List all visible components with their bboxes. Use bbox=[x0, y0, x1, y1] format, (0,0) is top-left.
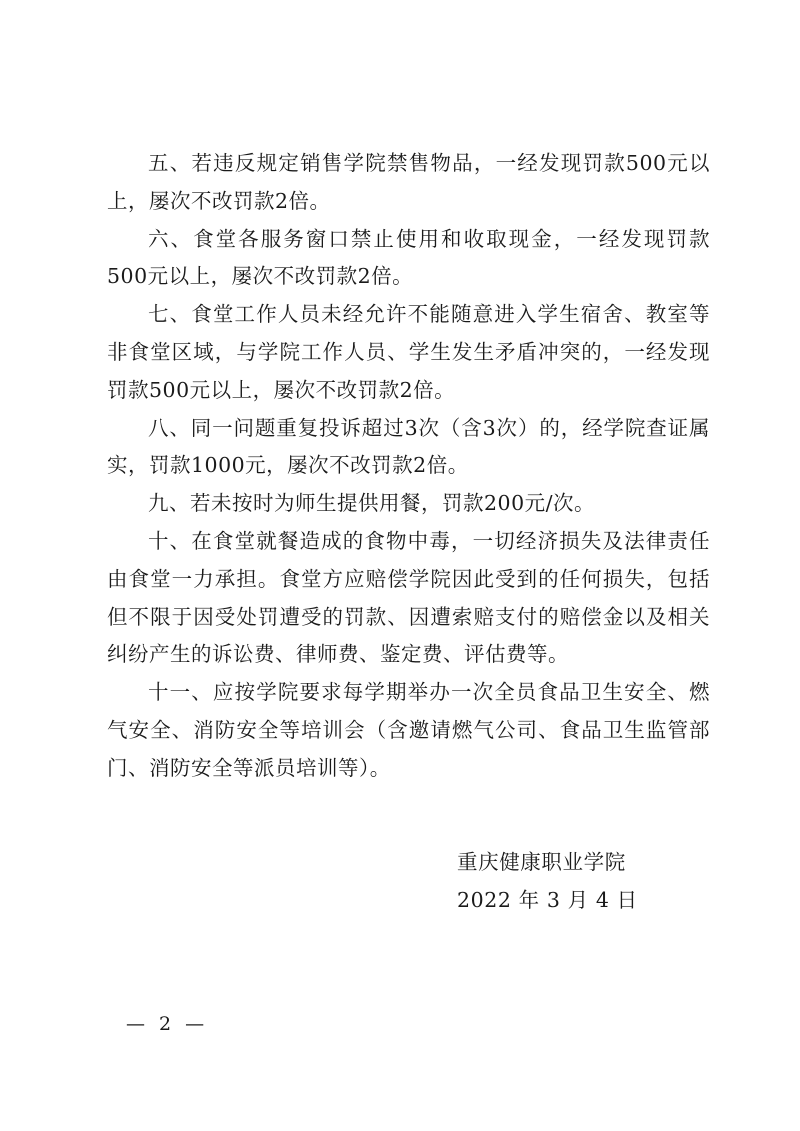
clause-5: 五、若违反规定销售学院禁售物品，一经发现罚款500元以上，屡次不改罚款2倍。 bbox=[107, 145, 710, 221]
page-number: — 2 — bbox=[126, 1013, 208, 1035]
clause-7: 七、食堂工作人员未经允许不能随意进入学生宿舍、教室等非食堂区域，与学院工作人员、… bbox=[107, 296, 710, 409]
document-body: 五、若违反规定销售学院禁售物品，一经发现罚款500元以上，屡次不改罚款2倍。 六… bbox=[107, 145, 710, 788]
signature-date: 2022 年 3 月 4 日 bbox=[457, 881, 638, 919]
clause-11: 十一、应按学院要求每学期举办一次全员食品卫生安全、燃气安全、消防安全等培训会（含… bbox=[107, 674, 710, 787]
clause-8: 八、同一问题重复投诉超过3次（含3次）的，经学院查证属实，罚款1000元，屡次不… bbox=[107, 410, 710, 486]
document-page: 五、若违反规定销售学院禁售物品，一经发现罚款500元以上，屡次不改罚款2倍。 六… bbox=[0, 0, 800, 1131]
clause-10: 十、在食堂就餐造成的食物中毒，一切经济损失及法律责任由食堂一力承担。食堂方应赔偿… bbox=[107, 523, 710, 674]
signature-organization: 重庆健康职业学院 bbox=[457, 843, 638, 881]
clause-9: 九、若未按时为师生提供用餐，罚款200元/次。 bbox=[107, 485, 710, 523]
signature-block: 重庆健康职业学院 2022 年 3 月 4 日 bbox=[457, 843, 638, 919]
clause-6: 六、食堂各服务窗口禁止使用和收取现金，一经发现罚款500元以上，屡次不改罚款2倍… bbox=[107, 221, 710, 297]
